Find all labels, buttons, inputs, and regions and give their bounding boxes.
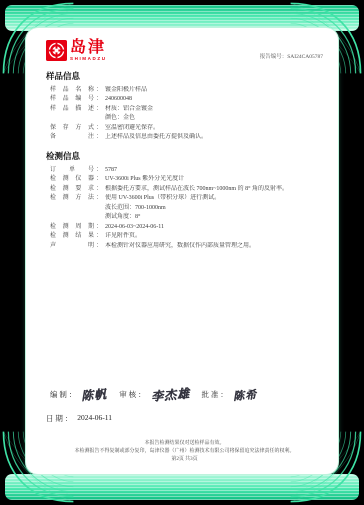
description-line-1: 材质：铝合金镀金: [105, 105, 153, 115]
field-label: 备 注: [50, 133, 94, 143]
field-label: 样 品 名 称: [50, 86, 94, 96]
field-value: 使用 UV-3600i Plus（带积分球）进行测试。 波长范围：700-100…: [105, 194, 220, 223]
colon: ：: [96, 194, 102, 223]
report-header: 岛津 SHIMADZU 报告编号：SAI24CA05787: [46, 40, 323, 62]
field-row-order-number: 订 单 号 ： 5787: [50, 166, 323, 176]
test-info-fields: 订 单 号 ： 5787 检 测 仪 器 ： UV-3600i Plus 紫外分…: [50, 166, 323, 252]
field-label: 检 测 结 果: [50, 232, 94, 242]
field-row-sample-name: 样 品 名 称 ： 镀金阳极片样品: [50, 86, 323, 96]
field-row-test-result: 检 测 结 果 ： 详见附件页。: [50, 232, 323, 242]
field-row-sample-number: 样 品 编 号 ： 240600048: [50, 95, 323, 105]
prepared-by-signature: 陈帆: [81, 385, 108, 404]
field-value: 室温密闭避光保存。: [105, 124, 159, 134]
field-label: 保 存 方 式: [50, 124, 94, 134]
report-number: 报告编号：SAI24CA05787: [260, 52, 323, 62]
signature-row: 编 制 ： 陈帆 审 核 ： 李杰雄 批 准 ： 陈希: [50, 386, 323, 403]
colon: ：: [96, 105, 102, 124]
sample-info-fields: 样 品 名 称 ： 镀金阳极片样品 样 品 编 号 ： 240600048 样 …: [50, 86, 323, 143]
field-row-test-method: 检 测 方 法 ： 使用 UV-3600i Plus（带积分球）进行测试。 波长…: [50, 194, 323, 223]
description-line-2: 颜色：金色: [105, 114, 153, 124]
date-label: 日 期 ：: [46, 413, 72, 424]
field-label: 声 明: [50, 242, 94, 252]
method-line-3: 测试角度：8°: [105, 213, 220, 223]
colon: ：: [96, 185, 102, 195]
section-title-test-info: 检测信息: [46, 150, 323, 162]
field-value: 详见附件页。: [105, 232, 141, 242]
colon: ：: [96, 95, 102, 105]
logo-cn-text: 岛津: [70, 40, 107, 56]
colon: ：: [96, 166, 102, 176]
colon: ：: [96, 223, 102, 233]
field-value: 镀金阳极片样品: [105, 86, 147, 96]
date-row: 日 期 ： 2024-06-11: [46, 413, 297, 424]
approved-by-label: 批 准 ：: [202, 389, 228, 400]
field-row-sample-description: 样 品 描 述 ： 材质：铝合金镀金 颜色：金色: [50, 105, 323, 124]
colon: ：: [96, 232, 102, 242]
field-label: 检 测 方 法: [50, 194, 94, 223]
field-row-statement: 声 明 ： 本检测针对仪器应用研究，数据仅作内部质量管理之用。: [50, 242, 323, 252]
method-line-1: 使用 UV-3600i Plus（带积分球）进行测试。: [105, 194, 220, 204]
field-row-storage-method: 保 存 方 式 ： 室温密闭避光保存。: [50, 124, 323, 134]
colon: ：: [96, 86, 102, 96]
colon: ：: [96, 133, 102, 143]
method-line-2: 波长范围：700-1000nm: [105, 204, 220, 214]
footer-page-number: 第2页 共3页: [46, 456, 323, 464]
field-label: 检 测 周 期: [50, 223, 94, 233]
field-value: 5787: [105, 166, 117, 176]
approved-by-signature: 陈希: [232, 385, 257, 403]
report-footer: 本报告检测结果仅对送检样品有效。 本检测报告不得复制或部分复印，岛津仪器（广州）…: [46, 440, 323, 464]
logo-text: 岛津 SHIMADZU: [70, 40, 107, 62]
field-value: 本检测针对仪器应用研究，数据仅作内部质量管理之用。: [105, 242, 255, 252]
field-value: 根据委托方要求，测试样品在波长 700nm~1000nm 的 8° 角的反射率。: [105, 185, 288, 195]
footer-line-2: 本检测报告不得复制或部分复印，岛津仪器（广州）检测技术有限公司将保留追究法律责任…: [46, 448, 323, 456]
reviewed-by-signature: 李杰雄: [150, 384, 190, 404]
signature-block: 编 制 ： 陈帆 审 核 ： 李杰雄 批 准 ： 陈希 日 期 ： 2024-0…: [46, 386, 323, 464]
field-value: 2024-06-03~2024-06-11: [105, 223, 164, 233]
document-canvas: 岛津 SHIMADZU 报告编号：SAI24CA05787 样品信息 样 品 名…: [0, 0, 364, 505]
logo-en-text: SHIMADZU: [70, 57, 107, 62]
field-label: 样 品 描 述: [50, 105, 94, 124]
report-page: 岛津 SHIMADZU 报告编号：SAI24CA05787 样品信息 样 品 名…: [26, 28, 338, 474]
field-value: 240600048: [105, 95, 132, 105]
field-row-test-period: 检 测 周 期 ： 2024-06-03~2024-06-11: [50, 223, 323, 233]
field-row-instrument: 检 测 仪 器 ： UV-3600i Plus 紫外分光光度计: [50, 175, 323, 185]
field-value: 材质：铝合金镀金 颜色：金色: [105, 105, 153, 124]
colon: ：: [96, 124, 102, 134]
date-value: 2024-06-11: [77, 413, 112, 424]
field-value: UV-3600i Plus 紫外分光光度计: [105, 175, 184, 185]
field-value: 上述样品及信息由委托方提供及确认。: [105, 133, 207, 143]
colon: ：: [96, 175, 102, 185]
field-row-remarks: 备 注 ： 上述样品及信息由委托方提供及确认。: [50, 133, 323, 143]
prepared-by-label: 编 制 ：: [50, 389, 76, 400]
section-title-sample-info: 样品信息: [46, 70, 323, 82]
footer-line-1: 本报告检测结果仅对送检样品有效。: [46, 440, 323, 448]
colon: ：: [96, 242, 102, 252]
shimadzu-logo: 岛津 SHIMADZU: [46, 40, 107, 62]
field-label: 样 品 编 号: [50, 95, 94, 105]
shimadzu-logo-icon: [46, 40, 67, 61]
field-label: 订 单 号: [50, 166, 94, 176]
reviewed-by-label: 审 核 ：: [119, 389, 145, 400]
field-row-test-requirement: 检 测 要 求 ： 根据委托方要求，测试样品在波长 700nm~1000nm 的…: [50, 185, 323, 195]
field-label: 检 测 仪 器: [50, 175, 94, 185]
field-label: 检 测 要 求: [50, 185, 94, 195]
